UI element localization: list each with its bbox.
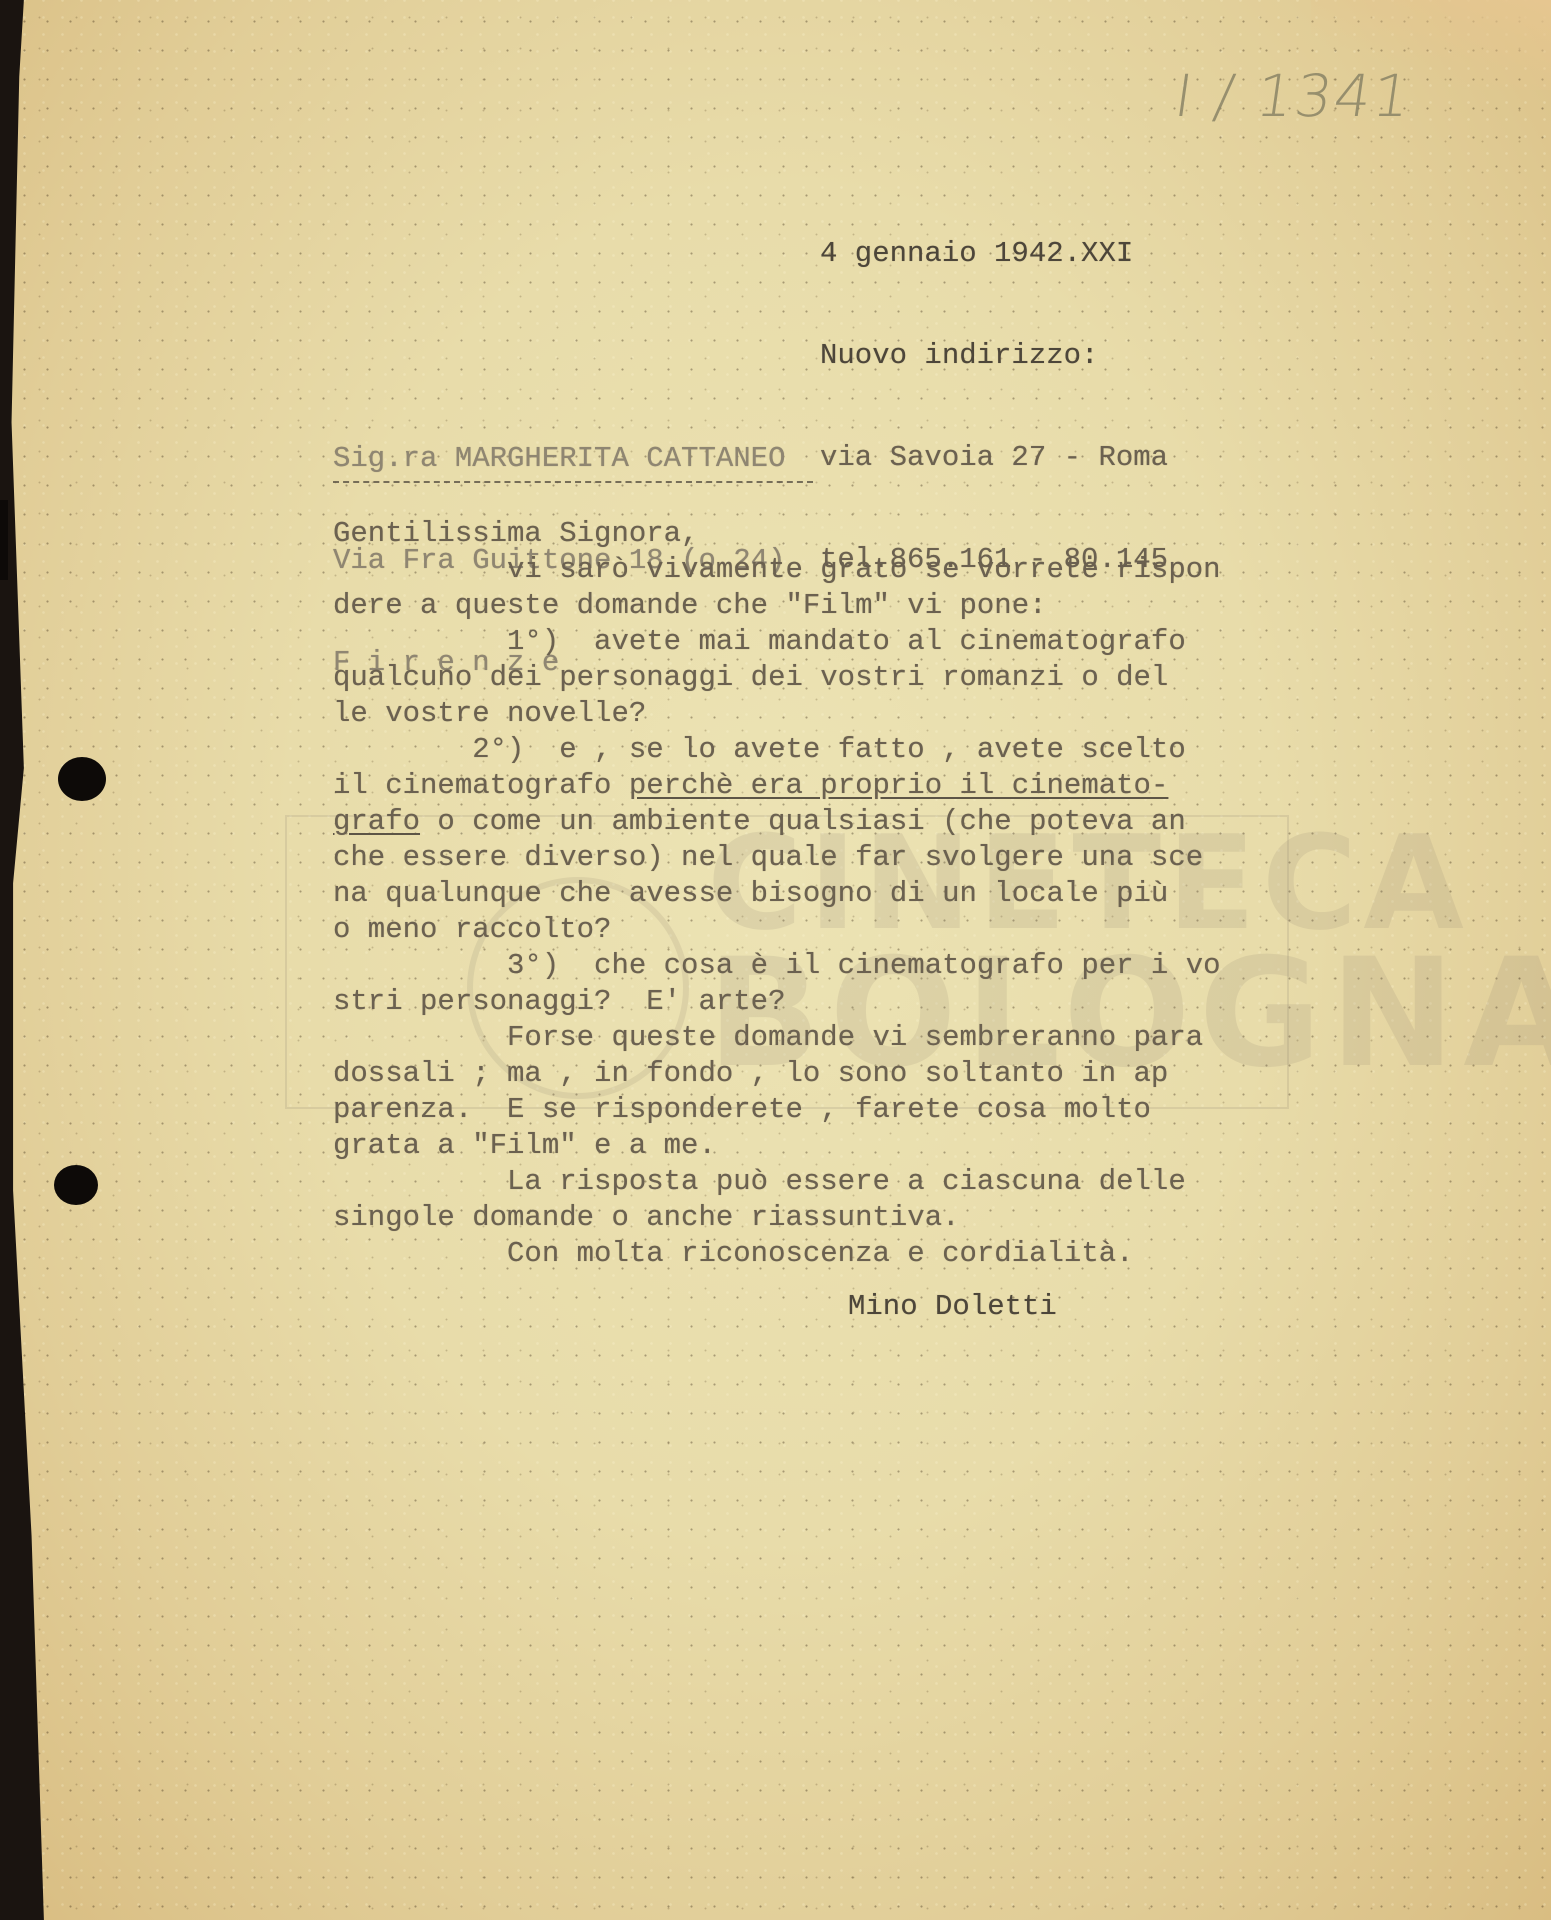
body-line: dossali ; ma , in fondo , lo sono soltan… — [333, 1056, 1221, 1092]
punch-hole-bottom — [54, 1165, 98, 1205]
recipient-name: Sig.ra MARGHERITA CATTANEO — [333, 441, 785, 477]
body-line: singole domande o anche riassuntiva. — [333, 1200, 1221, 1236]
body-line: na qualunque che avesse bisogno di un lo… — [333, 876, 1221, 912]
body-line: parenza. E se risponderete , farete cosa… — [333, 1092, 1221, 1128]
body-line: Con molta riconoscenza e cordialità. — [333, 1236, 1221, 1272]
body-line: Gentilissima Signora, — [333, 516, 1221, 552]
body-line: 3°) che cosa è il cinematografo per i vo — [333, 948, 1221, 984]
signature: Mino Doletti — [848, 1290, 1057, 1323]
body-line: le vostre novelle? — [333, 696, 1221, 732]
underlined-phrase: grafo — [333, 805, 420, 838]
address-underline — [333, 481, 813, 483]
body-line: grafo o come un ambiente qualsiasi (che … — [333, 804, 1221, 840]
body-line: 2°) e , se lo avete fatto , avete scelto — [333, 732, 1221, 768]
body-line: dere a queste domande che "Film" vi pone… — [333, 588, 1221, 624]
letter-body: Gentilissima Signora, vi sarò vivamente … — [333, 516, 1221, 1272]
body-line: vi sarò vivamente grato se vorrete rispo… — [333, 552, 1221, 588]
torn-edge — [0, 500, 8, 580]
body-line: qualcuno dei personaggi dei vostri roman… — [333, 660, 1221, 696]
body-line: La risposta può essere a ciascuna delle — [333, 1164, 1221, 1200]
body-line: che essere diverso) nel quale far svolge… — [333, 840, 1221, 876]
body-line: grata a "Film" e a me. — [333, 1128, 1221, 1164]
body-line: Forse queste domande vi sembreranno para — [333, 1020, 1221, 1056]
body-line: o meno raccolto? — [333, 912, 1221, 948]
archive-reference: I / 1341 — [1170, 62, 1417, 130]
address-label: Nuovo indirizzo: — [820, 338, 1168, 374]
sender-address: via Savoia 27 - Roma — [820, 440, 1168, 476]
punch-hole-top — [58, 757, 106, 801]
body-line: il cinematografo perchè era proprio il c… — [333, 768, 1221, 804]
body-line: stri personaggi? E' arte? — [333, 984, 1221, 1020]
letter-date: 4 gennaio 1942.XXI — [820, 236, 1168, 272]
underlined-phrase: perchè era proprio il cinemato- — [629, 769, 1169, 802]
body-line: 1°) avete mai mandato al cinematografo — [333, 624, 1221, 660]
